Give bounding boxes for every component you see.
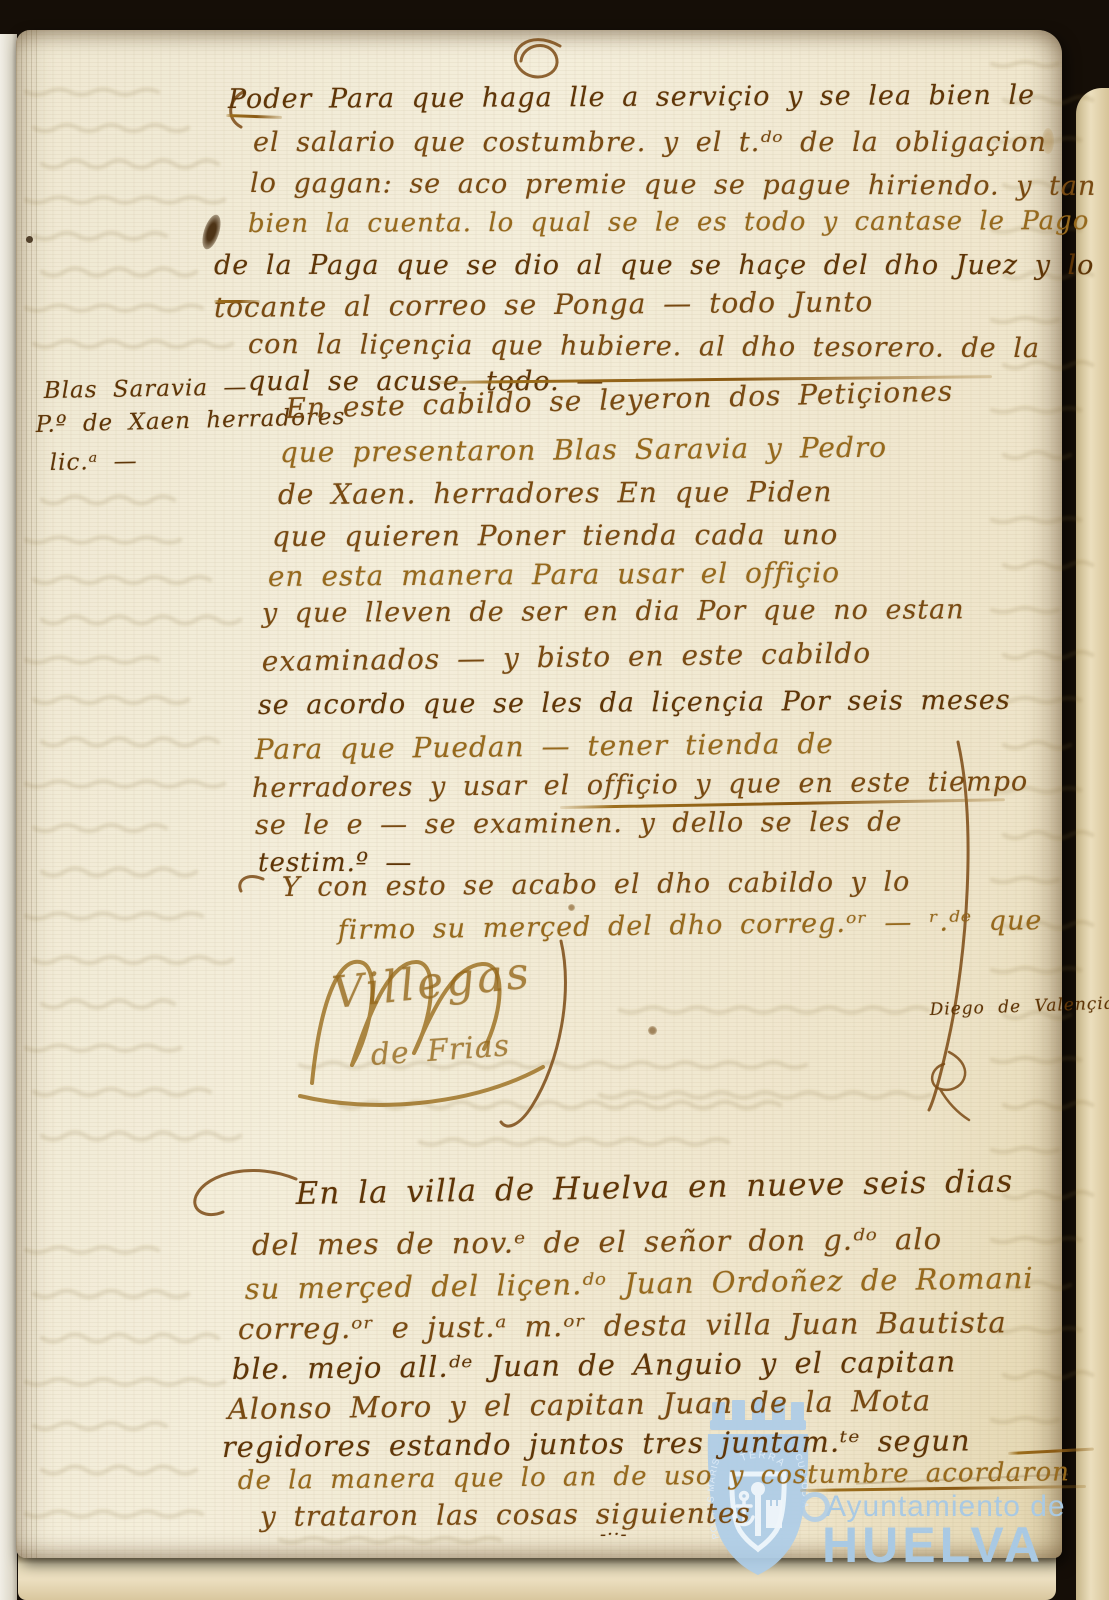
manuscript-leaf	[16, 30, 1062, 1558]
edge-speck	[26, 236, 33, 243]
ink-speck	[648, 1026, 657, 1035]
ink-speck	[568, 904, 575, 911]
smudge	[1042, 128, 1054, 154]
scanned-manuscript-page: TERRA PORTUS MARIS CUSTODIA Ayuntamiento…	[0, 0, 1109, 1600]
page-stack-fore-edge	[16, 30, 38, 1558]
next-page-right-edge	[1076, 88, 1109, 1600]
next-page-bottom-edge	[18, 1554, 1056, 1600]
scanner-bed-left-edge	[0, 34, 17, 1600]
